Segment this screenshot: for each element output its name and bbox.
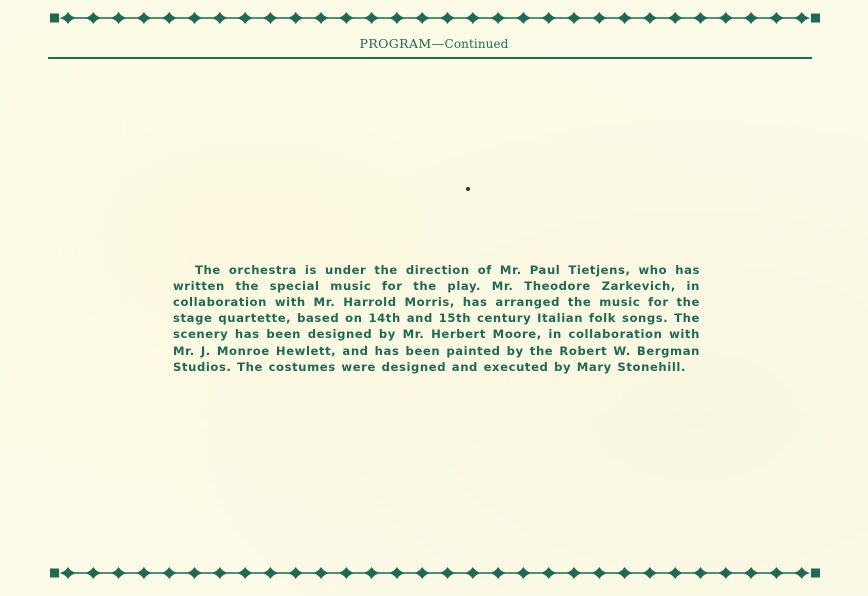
diamond-ornament-icon [388, 12, 406, 24]
diamond-ornament-icon [767, 567, 785, 579]
diamond-ornament-icon [666, 12, 684, 24]
diamond-ornament-icon [211, 12, 229, 24]
diamond-ornament-icon [439, 12, 457, 24]
diamond-ornament-icon [514, 12, 532, 24]
diamond-ornament-icon [793, 567, 811, 579]
square-end-cap-icon [811, 14, 820, 23]
paper-speck [466, 187, 470, 191]
diamond-ornament-icon [186, 567, 204, 579]
square-end-cap-icon [50, 14, 59, 23]
diamond-ornament-icon [692, 567, 710, 579]
diamond-ornament-icon [261, 567, 279, 579]
diamond-ornament-icon [287, 12, 305, 24]
bottom-ornamental-border [50, 566, 820, 580]
square-end-cap-icon [811, 569, 820, 578]
diamond-ornament-icon [110, 567, 128, 579]
top-ornamental-border [50, 11, 820, 25]
diamond-ornament-icon [464, 567, 482, 579]
diamond-ornament-icon [59, 567, 77, 579]
diamond-ornament-icon [236, 567, 254, 579]
diamond-ornament-icon [388, 567, 406, 579]
diamond-ornament-icon [211, 567, 229, 579]
diamond-ornament-icon [464, 12, 482, 24]
diamond-ornament-icon [337, 12, 355, 24]
diamond-ornament-icon [363, 567, 381, 579]
header-subtitle: Continued [445, 37, 509, 51]
diamond-ornament-icon [312, 12, 330, 24]
header-rule-divider [48, 57, 812, 59]
diamond-ornament-icon [135, 12, 153, 24]
diamond-ornament-icon [565, 12, 583, 24]
diamond-ornament-icon [413, 567, 431, 579]
diamond-ornament-icon [261, 12, 279, 24]
diamond-ornament-icon [641, 12, 659, 24]
header-title: PROGRAM [360, 36, 432, 51]
diamond-ornament-icon [413, 12, 431, 24]
diamond-ornament-icon [742, 567, 760, 579]
diamond-ornament-icon [186, 12, 204, 24]
diamond-ornament-icon [337, 567, 355, 579]
diamond-ornament-icon [666, 567, 684, 579]
diamond-ornament-icon [160, 567, 178, 579]
square-end-cap-icon [50, 569, 59, 578]
diamond-ornament-icon [616, 567, 634, 579]
diamond-ornament-icon [767, 12, 785, 24]
diamond-ornament-icon [84, 567, 102, 579]
diamond-ornament-icon [540, 12, 558, 24]
diamond-ornament-icon [793, 12, 811, 24]
diamond-ornament-icon [565, 567, 583, 579]
diamond-ornament-icon [590, 12, 608, 24]
diamond-ornament-icon [514, 567, 532, 579]
diamond-ornament-icon [135, 567, 153, 579]
header-dash: — [432, 36, 445, 51]
diamond-ornament-icon [312, 567, 330, 579]
diamond-ornament-icon [287, 567, 305, 579]
diamond-ornament-icon [616, 12, 634, 24]
page-header: PROGRAM—Continued [0, 36, 868, 51]
diamond-ornament-icon [717, 567, 735, 579]
diamond-ornament-icon [489, 567, 507, 579]
diamond-ornament-icon [717, 12, 735, 24]
diamond-ornament-icon [742, 12, 760, 24]
diamond-ornament-icon [540, 567, 558, 579]
body-paragraph: The orchestra is under the direction of … [173, 262, 700, 375]
diamond-ornament-icon [439, 567, 457, 579]
diamond-ornament-icon [692, 12, 710, 24]
diamond-ornament-icon [363, 12, 381, 24]
diamond-ornament-icon [641, 567, 659, 579]
diamond-ornament-icon [59, 12, 77, 24]
diamond-ornament-icon [489, 12, 507, 24]
diamond-ornament-icon [84, 12, 102, 24]
diamond-ornament-icon [110, 12, 128, 24]
diamond-ornament-icon [236, 12, 254, 24]
diamond-ornament-icon [590, 567, 608, 579]
diamond-ornament-icon [160, 12, 178, 24]
